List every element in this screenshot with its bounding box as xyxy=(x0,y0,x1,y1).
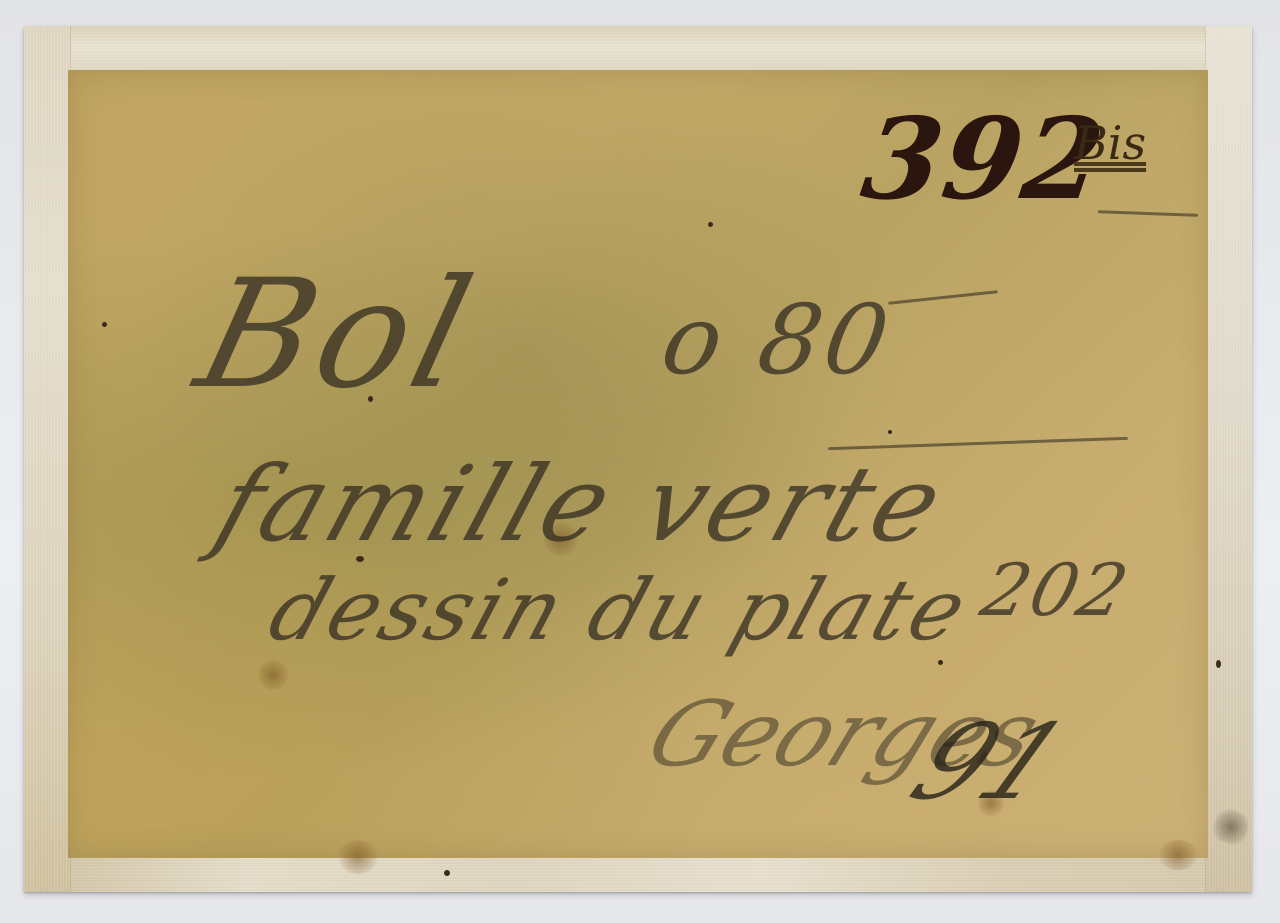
paper-speck xyxy=(938,660,943,665)
paper-speck xyxy=(444,870,450,876)
pencil-inscription-line2: famille verte xyxy=(205,452,958,556)
mounted-board: 392 Bis Bol o 80 famille verte dessin du… xyxy=(24,26,1252,892)
paper-speck xyxy=(888,430,892,434)
kraft-paper-panel: 392 Bis Bol o 80 famille verte dessin du… xyxy=(68,70,1208,858)
paper-speck xyxy=(102,322,107,327)
linen-tape-top xyxy=(24,26,1252,73)
linen-tape-right xyxy=(1205,26,1252,892)
underline-stroke xyxy=(1098,210,1198,216)
pencil-inscription-number: 202 xyxy=(975,554,1136,626)
linen-tape-left xyxy=(24,26,71,892)
inventory-suffix: Bis xyxy=(1074,120,1146,166)
pencil-flourish xyxy=(888,290,998,304)
paper-stain xyxy=(258,660,288,690)
pencil-inscription-code: o 80 xyxy=(656,292,899,388)
paper-speck xyxy=(708,222,713,227)
pencil-inscription-line3: dessin du plate xyxy=(260,568,978,652)
linen-tape-bottom xyxy=(24,856,1252,892)
pencil-inscription-line1: Bol xyxy=(185,260,489,410)
paper-stain xyxy=(1158,840,1198,870)
paper-speck xyxy=(1216,660,1221,668)
paper-stain xyxy=(338,840,378,874)
